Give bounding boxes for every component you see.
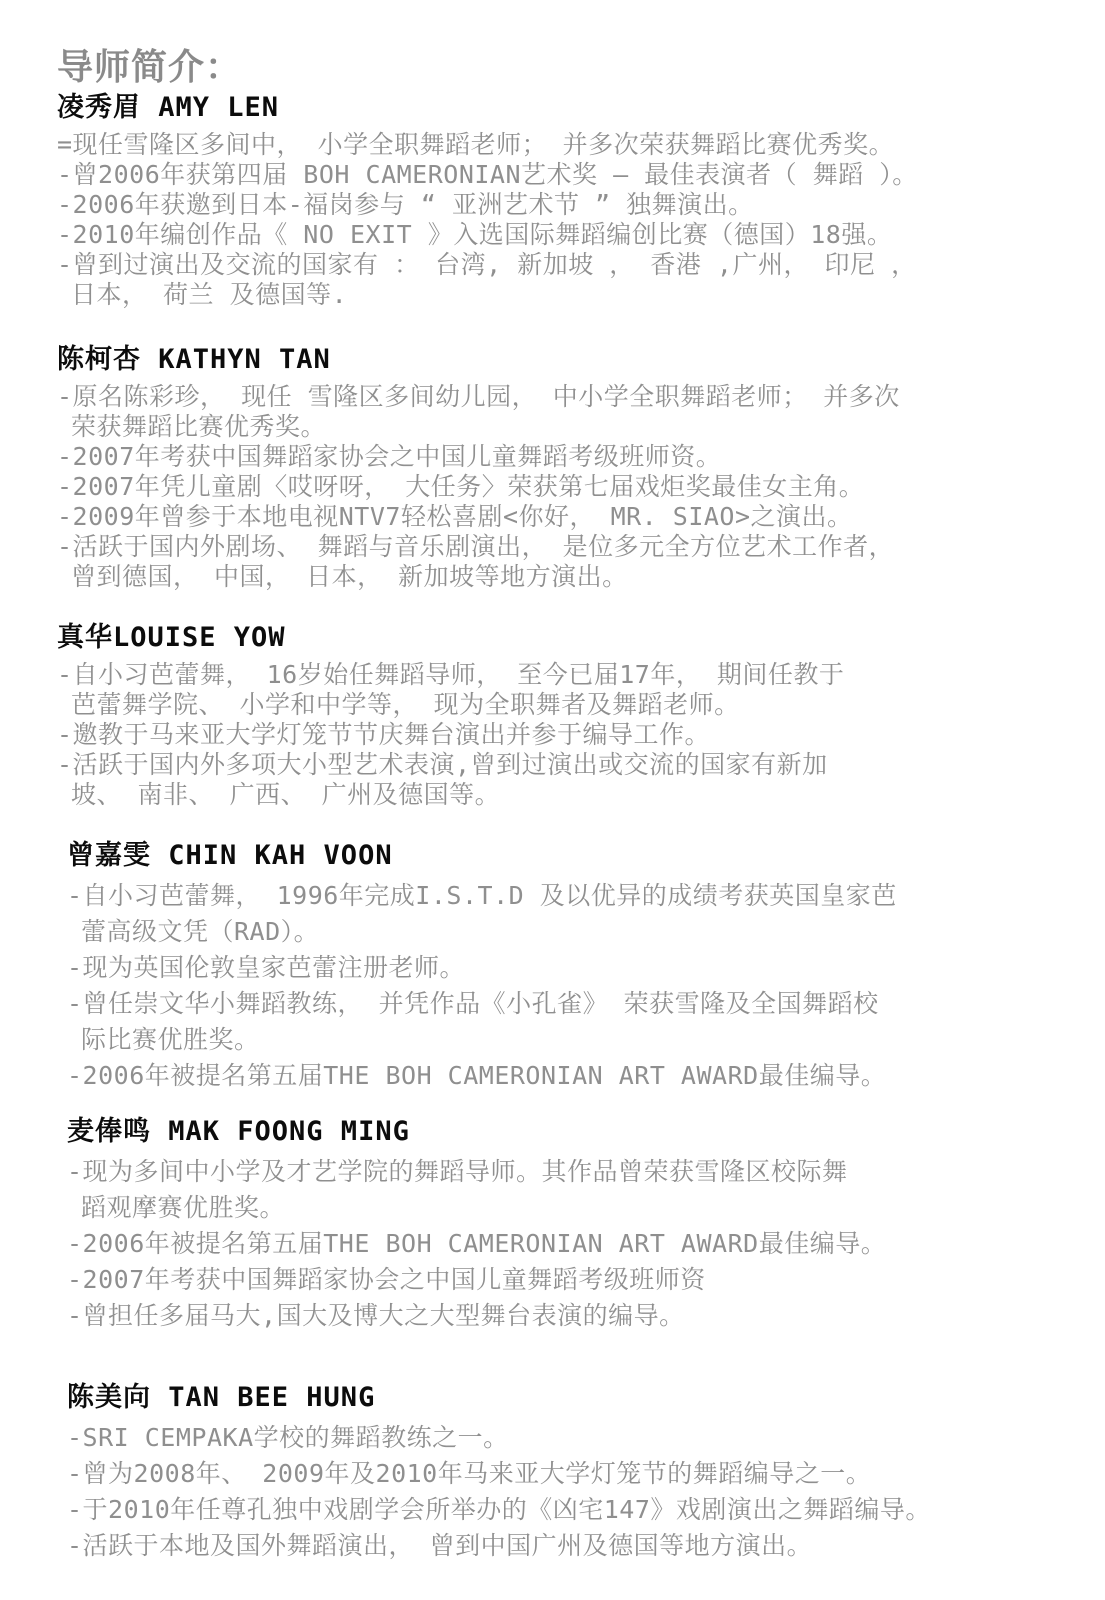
section-tan-bee-hung: 陈美向 TAN BEE HUNG -SRI CEMPAKA学校的舞蹈教练之一。 … bbox=[57, 1382, 1085, 1564]
section-chin-kah-voon: 曾嘉雯 CHIN KAH VOON -自小习芭蕾舞， 1996年完成I.S.T.… bbox=[57, 840, 1085, 1094]
bio-line-continuation: 曾到德国， 中国， 日本， 新加坡等地方演出。 bbox=[57, 562, 1085, 592]
bio-line: =现任雪隆区多间中， 小学全职舞蹈老师； 并多次荣获舞蹈比赛优秀奖。 bbox=[57, 130, 1085, 160]
bio-line-continuation: 芭蕾舞学院、 小学和中学等， 现为全职舞者及舞蹈老师。 bbox=[57, 690, 1085, 720]
section-mak-foong-ming: 麦俸鸣 MAK FOONG MING -现为多间中小学及才艺学院的舞蹈导师。其作… bbox=[57, 1116, 1085, 1334]
bio-line: -曾2006年获第四届 BOH CAMERONIAN艺术奖 – 最佳表演者（ 舞… bbox=[57, 160, 1085, 190]
bio-line-continuation: 坡、 南非、 广西、 广州及德国等。 bbox=[57, 780, 1085, 810]
section-louise-yow: 真华LOUISE YOW -自小习芭蕾舞， 16岁始任舞蹈导师， 至今已届17年… bbox=[57, 622, 1085, 810]
bio-line: -现为英国伦敦皇家芭蕾注册老师。 bbox=[67, 950, 1085, 986]
bio-line: -于2010年任尊孔独中戏剧学会所举办的《凶宅147》戏剧演出之舞蹈编导。 bbox=[67, 1492, 1085, 1528]
section-kathyn-tan: 陈柯杏 KATHYN TAN -原名陈彩珍， 现任 雪隆区多间幼儿园， 中小学全… bbox=[57, 344, 1085, 592]
bio-line: -2006年被提名第五届THE BOH CAMERONIAN ART AWARD… bbox=[67, 1058, 1085, 1094]
bio-line: -2010年编创作品《 NO EXIT 》入选国际舞蹈编创比赛（德国）18强。 bbox=[57, 220, 1085, 250]
bio-line: -活跃于国内外剧场、 舞蹈与音乐剧演出， 是位多元全方位艺术工作者， bbox=[57, 532, 1085, 562]
bio-line: -2007年考获中国舞蹈家协会之中国儿童舞蹈考级班师资 bbox=[67, 1262, 1085, 1298]
bio-line-continuation: 日本， 荷兰 及德国等. bbox=[57, 280, 1085, 310]
bio-line: -2006年被提名第五届THE BOH CAMERONIAN ART AWARD… bbox=[67, 1226, 1085, 1262]
bio-line: -曾到过演出及交流的国家有 ： 台湾, 新加坡 ， 香港 ,广州， 印尼 ， bbox=[57, 250, 1085, 280]
bio-line: -2007年考获中国舞蹈家协会之中国儿童舞蹈考级班师资。 bbox=[57, 442, 1085, 472]
bio-line: -曾任崇文华小舞蹈教练， 并凭作品《小孔雀》 荣获雪隆及全国舞蹈校 bbox=[67, 986, 1085, 1022]
bio-line: -SRI CEMPAKA学校的舞蹈教练之一。 bbox=[67, 1420, 1085, 1456]
bio-line: -自小习芭蕾舞， 1996年完成I.S.T.D 及以优异的成绩考获英国皇家芭 bbox=[67, 878, 1085, 914]
bio-line: -2009年曾参于本地电视NTV7轻松喜剧<你好， MR. SIAO>之演出。 bbox=[57, 502, 1085, 532]
instructor-name-heading: 陈美向 TAN BEE HUNG bbox=[67, 1382, 1085, 1414]
bio-line: -邀教于马来亚大学灯笼节节庆舞台演出并参于编导工作。 bbox=[57, 720, 1085, 750]
instructor-name-heading: 曾嘉雯 CHIN KAH VOON bbox=[67, 840, 1085, 872]
bio-line: -活跃于国内外多项大小型艺术表演,曾到过演出或交流的国家有新加 bbox=[57, 750, 1085, 780]
bio-line: -活跃于本地及国外舞蹈演出， 曾到中国广州及德国等地方演出。 bbox=[67, 1528, 1085, 1564]
section-amy-len: 凌秀眉 AMY LEN =现任雪隆区多间中， 小学全职舞蹈老师； 并多次荣获舞蹈… bbox=[57, 92, 1085, 310]
bio-line: -2006年获邀到日本-福岗参与 “ 亚洲艺术节 ” 独舞演出。 bbox=[57, 190, 1085, 220]
instructor-name-heading: 凌秀眉 AMY LEN bbox=[57, 92, 1085, 124]
bio-line: -曾担任多届马大,国大及博大之大型舞台表演的编导。 bbox=[67, 1298, 1085, 1334]
bio-line: -现为多间中小学及才艺学院的舞蹈导师。其作品曾荣获雪隆区校际舞 bbox=[67, 1154, 1085, 1190]
bio-line-continuation: 蕾高级文凭（RAD）。 bbox=[67, 914, 1085, 950]
instructor-name-heading: 真华LOUISE YOW bbox=[57, 622, 1085, 654]
bio-line: -曾为2008年、 2009年及2010年马来亚大学灯笼节的舞蹈编导之一。 bbox=[67, 1456, 1085, 1492]
bio-line: -原名陈彩珍， 现任 雪隆区多间幼儿园， 中小学全职舞蹈老师； 并多次 bbox=[57, 382, 1085, 412]
bio-line-continuation: 蹈观摩赛优胜奖。 bbox=[67, 1190, 1085, 1226]
bio-line-continuation: 荣获舞蹈比赛优秀奖。 bbox=[57, 412, 1085, 442]
instructor-bios-document: 导师简介： 凌秀眉 AMY LEN =现任雪隆区多间中， 小学全职舞蹈老师； 并… bbox=[0, 0, 1105, 1600]
instructor-name-heading: 麦俸鸣 MAK FOONG MING bbox=[67, 1116, 1085, 1148]
bio-line-continuation: 际比赛优胜奖。 bbox=[67, 1022, 1085, 1058]
bio-line: -自小习芭蕾舞， 16岁始任舞蹈导师， 至今已届17年， 期间任教于 bbox=[57, 660, 1085, 690]
bio-line: -2007年凭儿童剧〈哎呀呀， 大任务〉荣获第七届戏炬奖最佳女主角。 bbox=[57, 472, 1085, 502]
instructor-name-heading: 陈柯杏 KATHYN TAN bbox=[57, 344, 1085, 376]
page-title: 导师简介： bbox=[57, 48, 1085, 88]
